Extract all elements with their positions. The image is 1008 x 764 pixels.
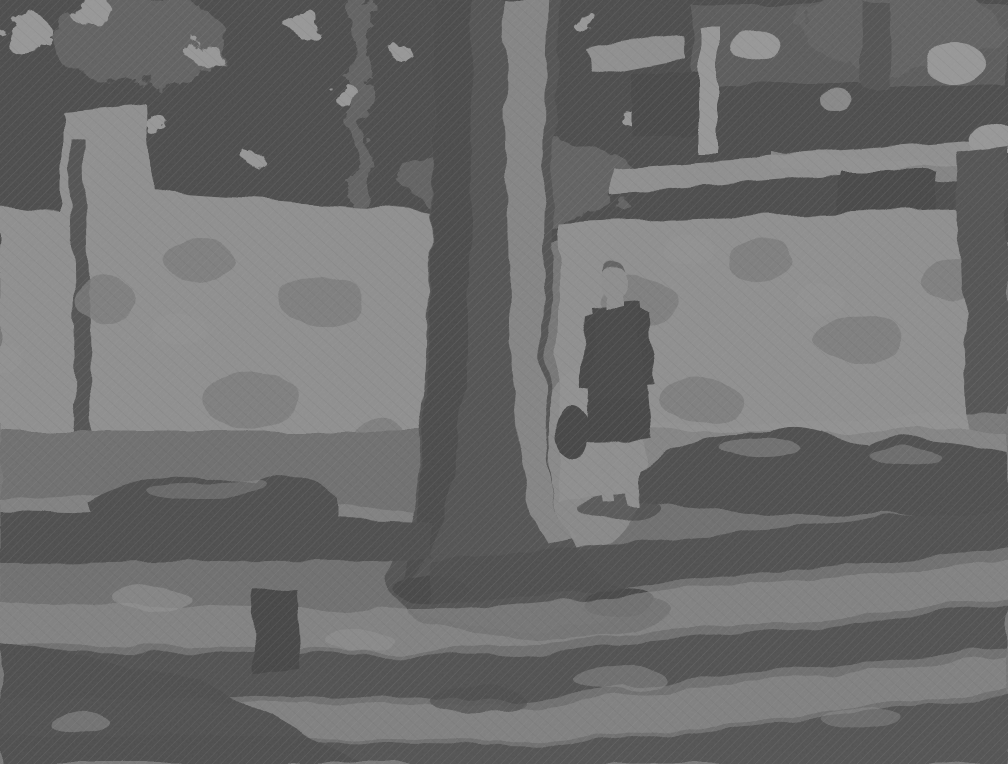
sketch-photo-canvas: Monochrome sketch-style photo: person st… xyxy=(0,0,1008,764)
contrast-wash-overlay xyxy=(0,0,1008,764)
scene-svg: Monochrome sketch-style photo: person st… xyxy=(0,0,1008,764)
